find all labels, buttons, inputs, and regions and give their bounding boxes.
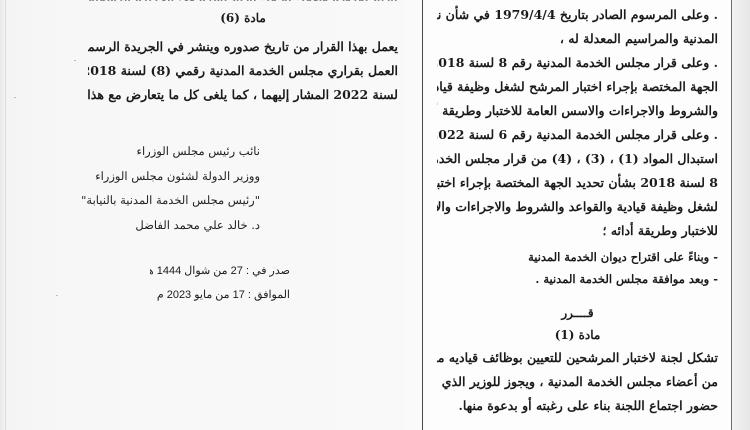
preamble-line: . وعلى المرسوم الصادر بتاريخ 1979/4/4 في… — [437, 3, 718, 27]
signature-block: نائب رئيس مجلس الوزراء ووزير الدولة لشئو… — [60, 139, 260, 237]
article-1-line: تشكل لجنة لاختبار المرشحين للتعيين بوظائ… — [437, 346, 718, 370]
article-1-heading: مادة (1) — [437, 324, 718, 346]
preamble-line: والشروط والاجراءات والاسس العامة للاختبا… — [437, 99, 718, 123]
article-1-line: من أعضاء مجلس الخدمة المدنية ، ويجوز للو… — [437, 370, 718, 394]
preamble-line: الجهة المختصة بإجراء اختبار المرشح لشغل … — [437, 75, 718, 99]
proposal-line: - وبناءً على اقتراح ديوان الخدمة المدنية — [437, 246, 718, 268]
signatory-title: "رئيس مجلس الخدمة المدنية بالنيابة" — [60, 188, 260, 213]
right-page: . وعلى المرسوم الصادر بتاريخ 1979/4/4 في… — [437, 3, 718, 418]
article-6-heading: مادة (6) — [88, 7, 398, 29]
signatory-title: نائب رئيس مجلس الوزراء — [60, 139, 260, 164]
corresponding-value: : 17 من مايو 2023 م — [157, 289, 251, 301]
page-gutter-divider — [422, 0, 423, 430]
corresponding-date: الموافق : 17 من مايو 2023 م — [150, 283, 290, 307]
left-page: تاريخ صدوره ويعمل به من تاريخ نشره في ال… — [88, 0, 398, 107]
scan-speck — [74, 60, 76, 61]
preamble-line: لشغل وظيفة قيادية والقواعد والشروط والاج… — [437, 195, 718, 219]
cut-off-top-line: تاريخ صدوره ويعمل به من تاريخ نشره في ال… — [88, 0, 398, 1]
signatory-name: د. خالد علي محمد الفاضل — [60, 213, 260, 238]
scan-speck — [14, 97, 16, 98]
article-6-line: يعمل بهذا القرار من تاريخ صدوره وينشر في… — [88, 35, 398, 59]
preamble-line: . وعلى قرار مجلس الخدمة المدنية رقم 6 لس… — [437, 123, 718, 147]
issued-value: : 27 من شوال 1444 هـ — [150, 265, 249, 277]
preamble-clause: . وعلى قرار مجلس الخدمة المدنية رقم 6 لس… — [437, 123, 718, 243]
decision-heading: قــــرر — [437, 302, 718, 324]
corresponding-label: الموافق — [254, 289, 290, 301]
preamble-clause: . وعلى قرار مجلس الخدمة المدنية رقم 8 لس… — [437, 51, 718, 123]
issued-label: صدر في — [252, 265, 290, 277]
preamble-line: للاختبار وطريقة أدائه ؛ — [437, 219, 718, 243]
right-page-border — [731, 0, 732, 430]
issued-date: صدر في : 27 من شوال 1444 هـ — [150, 259, 290, 283]
preamble-line: . وعلى قرار مجلس الخدمة المدنية رقم 8 لس… — [437, 51, 718, 75]
approval-line: - وبعد موافقة مجلس الخدمة المدنية . — [437, 268, 718, 290]
issue-dates: صدر في : 27 من شوال 1444 هـ الموافق : 17… — [150, 259, 290, 307]
preamble-line: المدنية والمراسيم المعدلة له ، — [437, 27, 718, 51]
article-6-line: لسنة 2022 المشار إليهما ، كما يلغى كل ما… — [88, 83, 398, 107]
article-1-line: حضور اجتماع اللجنة بناء على رغبته أو بدع… — [437, 394, 718, 418]
preamble-clause: . وعلى المرسوم الصادر بتاريخ 1979/4/4 في… — [437, 3, 718, 51]
scan-speck — [56, 295, 58, 296]
article-6-line: العمل بقراري مجلس الخدمة المدنية رقمي (8… — [88, 59, 398, 83]
preamble-line: استبدال المواد (1) ، (3) ، (4) من قرار م… — [437, 147, 718, 171]
scanned-document-spread: تاريخ صدوره ويعمل به من تاريخ نشره في ال… — [0, 0, 750, 430]
left-page-edge — [5, 0, 6, 430]
preamble-line: 8 لسنة 2018 بشأن تحديد الجهة المختصة بإج… — [437, 171, 718, 195]
signatory-title: ووزير الدولة لشئون مجلس الوزراء — [60, 164, 260, 189]
